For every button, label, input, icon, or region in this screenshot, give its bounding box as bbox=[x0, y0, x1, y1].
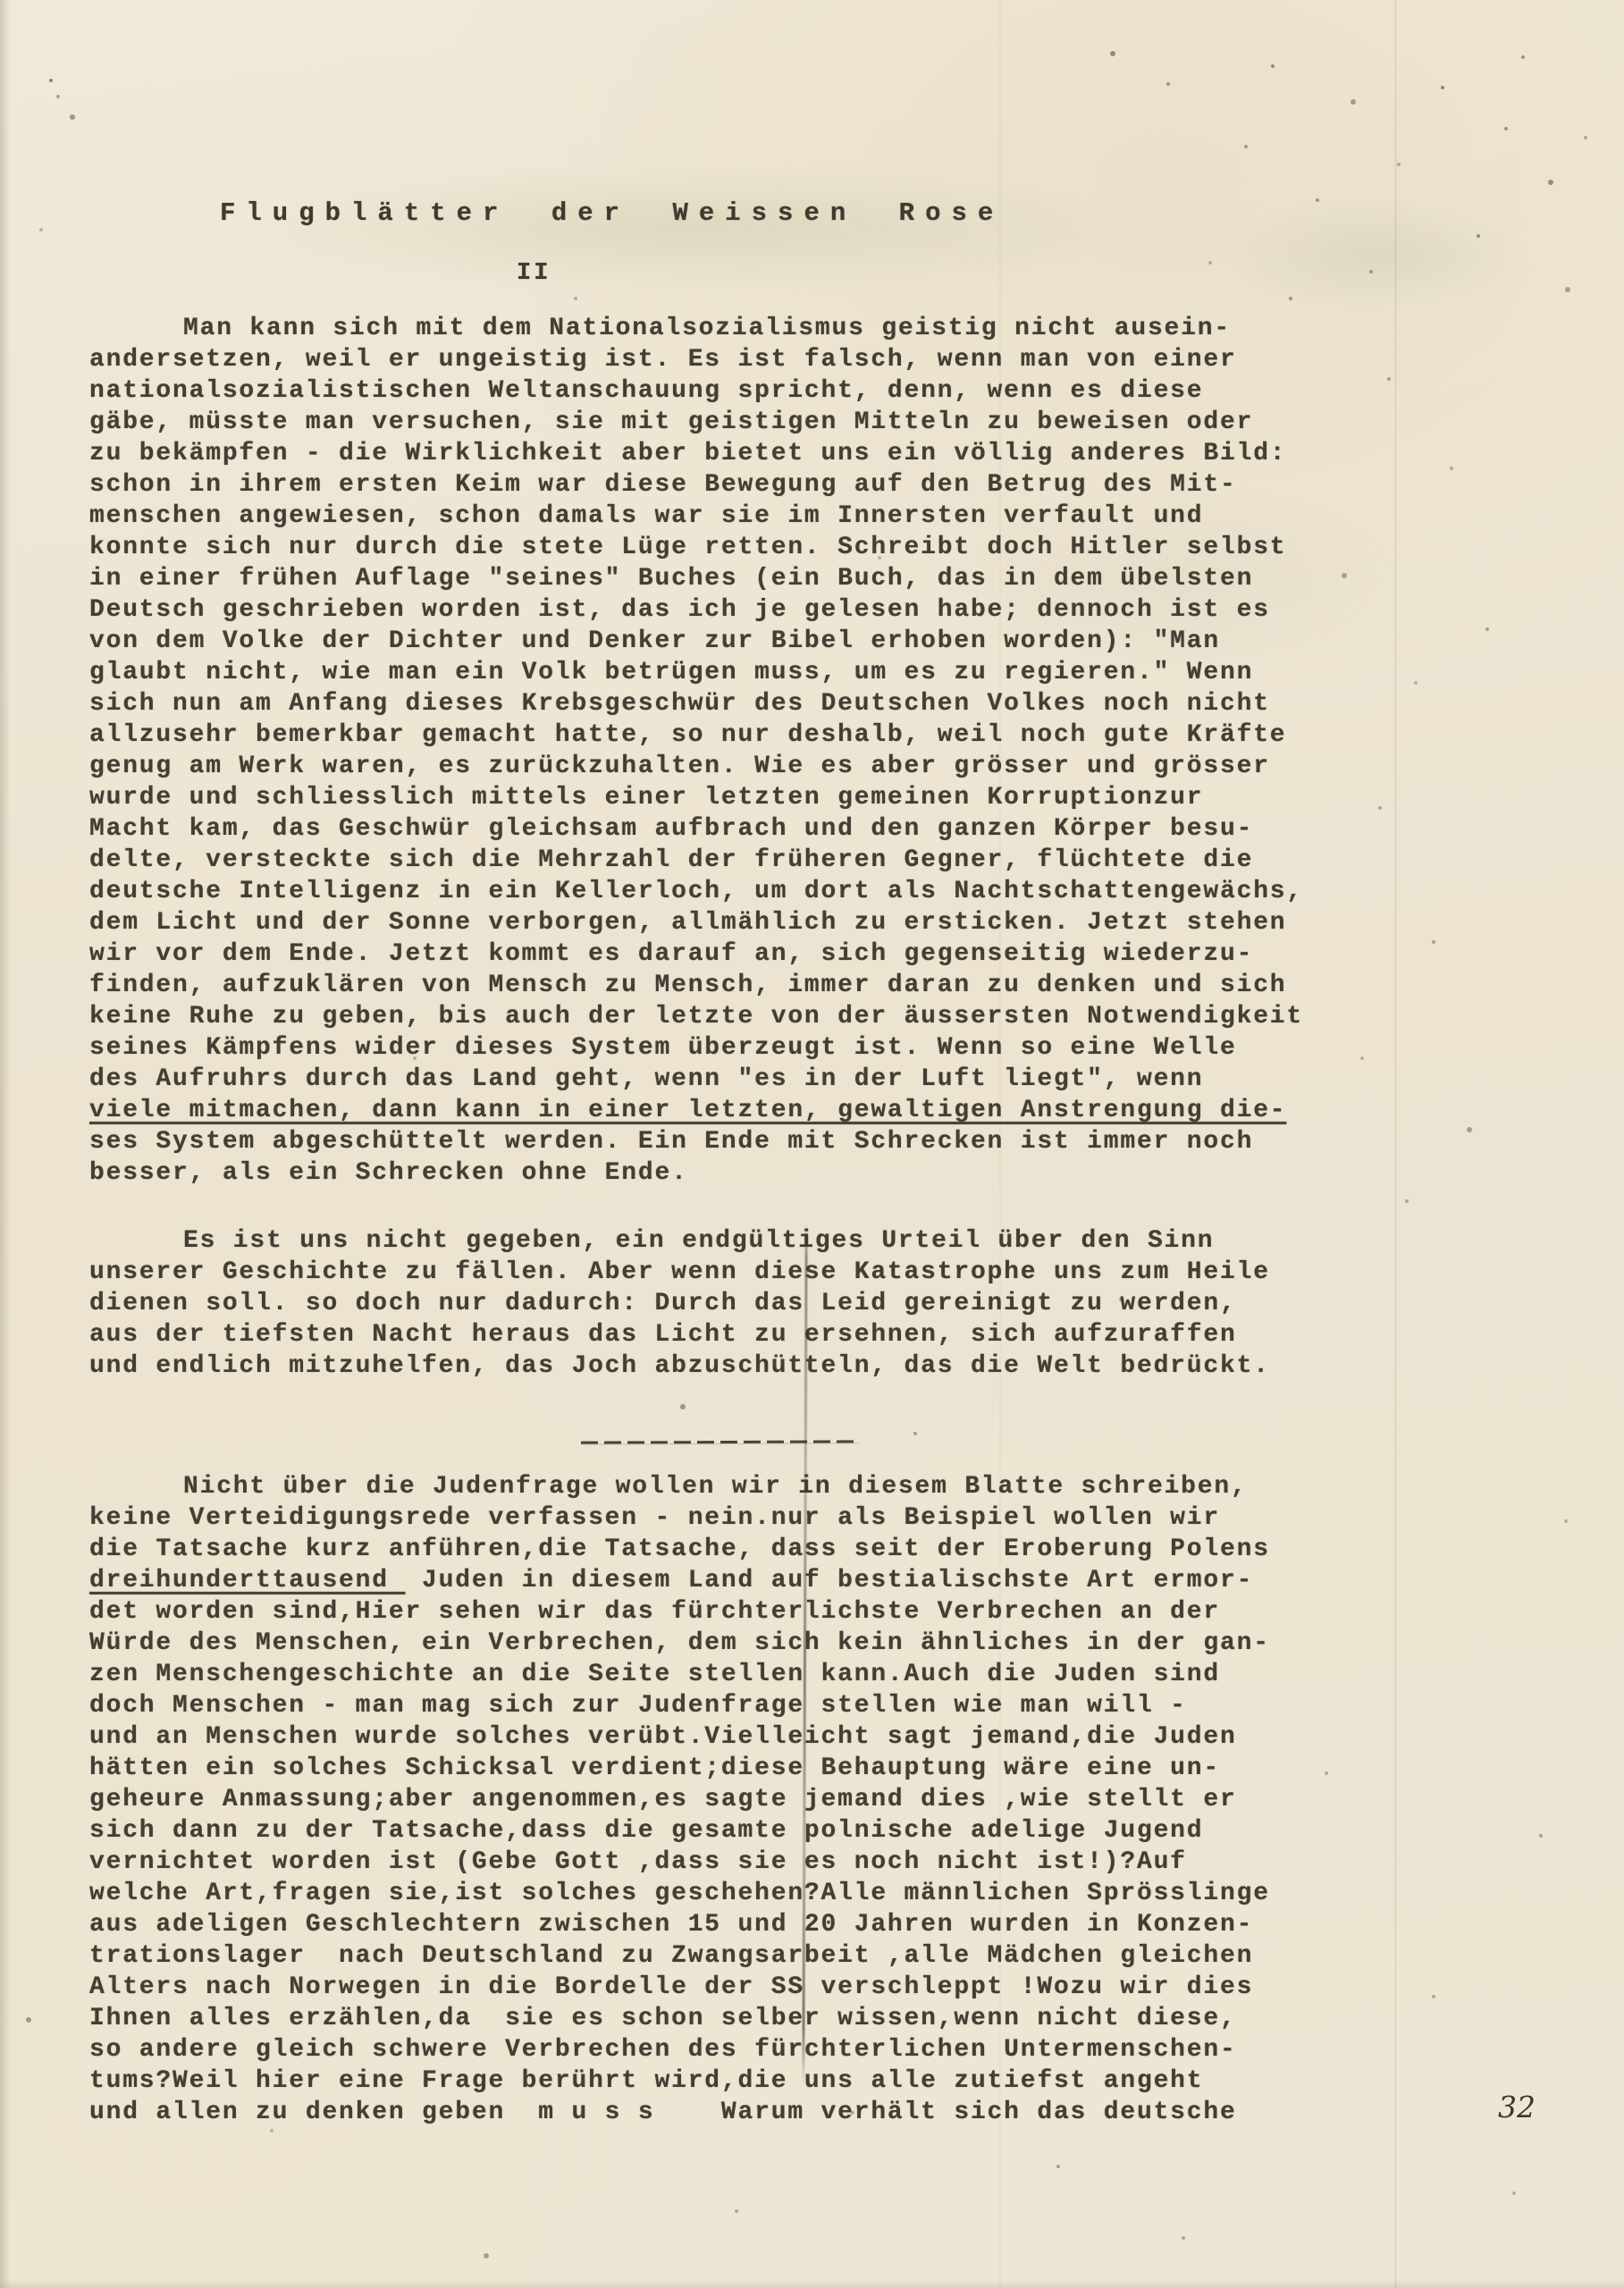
text-segment: Deutsch geschrieben worden ist, das ich … bbox=[89, 596, 1270, 624]
text-line: zen Menschengeschichte an die Seite stel… bbox=[89, 1659, 1484, 1690]
text-segment: det worden sind,Hier sehen wir das fürch… bbox=[89, 1598, 1220, 1626]
text-line: nationalsozialistischen Weltanschauung s… bbox=[89, 375, 1484, 407]
text-segment: wir vor dem Ende. Jetzt kommt es darauf … bbox=[89, 940, 1253, 968]
text-line: Man kann sich mit dem Nationalsozialismu… bbox=[89, 313, 1484, 344]
text-segment: andersetzen, weil er ungeistig ist. Es i… bbox=[89, 346, 1237, 374]
text-line: sich nun am Anfang dieses Krebsgeschwür … bbox=[89, 688, 1484, 719]
section-divider bbox=[581, 1440, 860, 1443]
text-line: von dem Volke der Dichter und Denker zur… bbox=[89, 626, 1484, 657]
text-segment: geheure Anmassung;aber angenommen,es sag… bbox=[89, 1786, 1237, 1813]
text-segment: unserer Geschichte zu fällen. Aber wenn … bbox=[89, 1258, 1270, 1286]
text-segment: trationslager nach Deutschland zu Zwangs… bbox=[89, 1942, 1253, 1970]
text-segment: wurde und schliesslich mittels einer let… bbox=[89, 784, 1203, 812]
text-segment: Es ist uns nicht gegeben, ein endgültige… bbox=[183, 1227, 1214, 1255]
document-title: Flugblätter der Weissen Rose bbox=[220, 198, 1004, 228]
text-segment: und allen zu denken geben m u s s Warum … bbox=[89, 2099, 1237, 2126]
text-line: Deutsch geschrieben worden ist, das ich … bbox=[89, 594, 1484, 626]
text-segment: genug am Werk waren, es zurückzuhalten. … bbox=[89, 753, 1270, 780]
text-segment: sich nun am Anfang dieses Krebsgeschwür … bbox=[89, 690, 1270, 718]
text-segment: glaubt nicht, wie man ein Volk betrügen … bbox=[89, 659, 1253, 686]
paragraph-2: Es ist uns nicht gegeben, ein endgültige… bbox=[89, 1225, 1484, 1382]
document-page: Flugblätter der Weissen Rose II Man kann… bbox=[0, 0, 1624, 2288]
paragraph-3: Nicht über die Judenfrage wollen wir in … bbox=[89, 1471, 1484, 2128]
text-line: geheure Anmassung;aber angenommen,es sag… bbox=[89, 1784, 1484, 1815]
text-segment: und endlich mitzuhelfen, das Joch abzusc… bbox=[89, 1352, 1270, 1380]
paper-edge-shadow bbox=[0, 0, 11, 2288]
text-segment: seines Kämpfens wider dieses System über… bbox=[89, 1034, 1237, 1062]
text-segment: besser, als ein Schrecken ohne Ende. bbox=[89, 1159, 688, 1187]
text-line: die Tatsache kurz anführen,die Tatsache,… bbox=[89, 1534, 1484, 1565]
text-line: und an Menschen wurde solches verübt.Vie… bbox=[89, 1721, 1484, 1753]
text-line: des Aufruhrs durch das Land geht, wenn "… bbox=[89, 1064, 1484, 1095]
text-segment: aus der tiefsten Nacht heraus das Licht … bbox=[89, 1321, 1237, 1349]
text-segment: des Aufruhrs durch das Land geht, wenn "… bbox=[89, 1065, 1203, 1093]
text-line: unserer Geschichte zu fällen. Aber wenn … bbox=[89, 1257, 1484, 1288]
text-line: finden, aufzuklären von Mensch zu Mensch… bbox=[89, 970, 1484, 1001]
text-line: in einer frühen Auflage "seines" Buches … bbox=[89, 563, 1484, 594]
text-line: Ihnen alles erzählen,da sie es schon sel… bbox=[89, 2003, 1484, 2034]
text-line: besser, als ein Schrecken ohne Ende. bbox=[89, 1157, 1484, 1189]
paragraph-1: Man kann sich mit dem Nationalsozialismu… bbox=[89, 313, 1484, 1189]
text-segment: viele mitmachen, dann kann in einer letz… bbox=[89, 1097, 1286, 1124]
text-line: ses System abgeschüttelt werden. Ein End… bbox=[89, 1126, 1484, 1157]
text-segment: vernichtet worden ist (Gebe Gott ,dass s… bbox=[89, 1848, 1187, 1876]
text-line: gäbe, müsste man versuchen, sie mit geis… bbox=[89, 407, 1484, 438]
text-line: det worden sind,Hier sehen wir das fürch… bbox=[89, 1596, 1484, 1628]
text-line: konnte sich nur durch die stete Lüge ret… bbox=[89, 532, 1484, 563]
text-segment: Nicht über die Judenfrage wollen wir in … bbox=[183, 1473, 1248, 1501]
paper-edge-shadow bbox=[0, 2279, 1624, 2288]
text-line: wir vor dem Ende. Jetzt kommt es darauf … bbox=[89, 938, 1484, 970]
text-line: sich dann zu der Tatsache,dass die gesam… bbox=[89, 1815, 1484, 1846]
text-segment: in einer frühen Auflage "seines" Buches … bbox=[89, 565, 1253, 593]
text-line: aus adeligen Geschlechtern zwischen 15 u… bbox=[89, 1909, 1484, 1940]
text-segment: zen Menschengeschichte an die Seite stel… bbox=[89, 1661, 1220, 1688]
scan-noise bbox=[0, 0, 4, 4]
text-line: zu bekämpfen - die Wirklichkeit aber bie… bbox=[89, 438, 1484, 469]
text-segment: zu bekämpfen - die Wirklichkeit aber bie… bbox=[89, 440, 1286, 467]
text-segment: so andere gleich schwere Verbrechen des … bbox=[89, 2036, 1237, 2064]
text-line: Macht kam, das Geschwür gleichsam aufbra… bbox=[89, 813, 1484, 845]
text-segment: aus adeligen Geschlechtern zwischen 15 u… bbox=[89, 1911, 1253, 1939]
text-segment: allzusehr bemerkbar gemacht hatte, so nu… bbox=[89, 721, 1286, 749]
text-line: menschen angewiesen, schon damals war si… bbox=[89, 500, 1484, 532]
text-line: Alters nach Norwegen in die Bordelle der… bbox=[89, 1972, 1484, 2003]
text-segment: keine Ruhe zu geben, bis auch der letzte… bbox=[89, 1003, 1303, 1030]
text-line: keine Verteidigungsrede verfassen - nein… bbox=[89, 1502, 1484, 1534]
text-line: trationslager nach Deutschland zu Zwangs… bbox=[89, 1940, 1484, 1972]
text-line: dem Licht und der Sonne verborgen, allmä… bbox=[89, 907, 1484, 938]
text-line: andersetzen, weil er ungeistig ist. Es i… bbox=[89, 344, 1484, 375]
text-line: seines Kämpfens wider dieses System über… bbox=[89, 1032, 1484, 1064]
text-segment: welche Art,fragen sie,ist solches gesche… bbox=[89, 1880, 1270, 1907]
text-segment: Man kann sich mit dem Nationalsozialismu… bbox=[183, 315, 1231, 342]
text-line: schon in ihrem ersten Keim war diese Bew… bbox=[89, 469, 1484, 500]
text-segment: keine Verteidigungsrede verfassen - nein… bbox=[89, 1504, 1220, 1532]
text-line: wurde und schliesslich mittels einer let… bbox=[89, 782, 1484, 813]
text-segment: dreihunderttausend bbox=[89, 1567, 405, 1594]
text-line: vernichtet worden ist (Gebe Gott ,dass s… bbox=[89, 1846, 1484, 1878]
text-segment: hätten ein solches Schicksal verdient;di… bbox=[89, 1754, 1220, 1782]
text-line: viele mitmachen, dann kann in einer letz… bbox=[89, 1095, 1484, 1126]
text-line: Würde des Menschen, ein Verbrechen, dem … bbox=[89, 1628, 1484, 1659]
text-line: und allen zu denken geben m u s s Warum … bbox=[89, 2097, 1484, 2128]
text-line: und endlich mitzuhelfen, das Joch abzusc… bbox=[89, 1350, 1484, 1382]
text-line: allzusehr bemerkbar gemacht hatte, so nu… bbox=[89, 719, 1484, 751]
text-line: doch Menschen - man mag sich zur Judenfr… bbox=[89, 1690, 1484, 1721]
text-segment: konnte sich nur durch die stete Lüge ret… bbox=[89, 534, 1286, 561]
text-line: Nicht über die Judenfrage wollen wir in … bbox=[89, 1471, 1484, 1502]
text-segment: Ihnen alles erzählen,da sie es schon sel… bbox=[89, 2005, 1237, 2032]
text-line: dreihunderttausend Juden in diesem Land … bbox=[89, 1565, 1484, 1596]
text-line: keine Ruhe zu geben, bis auch der letzte… bbox=[89, 1001, 1484, 1032]
text-segment: finden, aufzuklären von Mensch zu Mensch… bbox=[89, 972, 1286, 999]
text-segment: dienen soll. so doch nur dadurch: Durch … bbox=[89, 1290, 1237, 1317]
text-segment: menschen angewiesen, schon damals war si… bbox=[89, 502, 1203, 530]
text-segment: nationalsozialistischen Weltanschauung s… bbox=[89, 377, 1203, 405]
text-line: so andere gleich schwere Verbrechen des … bbox=[89, 2034, 1484, 2065]
text-segment: schon in ihrem ersten Keim war diese Bew… bbox=[89, 471, 1237, 499]
text-segment: und an Menschen wurde solches verübt.Vie… bbox=[89, 1723, 1237, 1751]
leaflet-number: II bbox=[517, 260, 551, 287]
text-segment: deutsche Intelligenz in ein Kellerloch, … bbox=[89, 878, 1303, 905]
text-line: welche Art,fragen sie,ist solches gesche… bbox=[89, 1878, 1484, 1909]
text-segment: Juden in diesem Land auf bestialischste … bbox=[405, 1567, 1253, 1594]
text-segment: doch Menschen - man mag sich zur Judenfr… bbox=[89, 1692, 1187, 1720]
text-line: dienen soll. so doch nur dadurch: Durch … bbox=[89, 1288, 1484, 1319]
text-segment: gäbe, müsste man versuchen, sie mit geis… bbox=[89, 408, 1253, 436]
text-segment: von dem Volke der Dichter und Denker zur… bbox=[89, 627, 1220, 655]
text-segment: delte, versteckte sich die Mehrzahl der … bbox=[89, 846, 1253, 874]
text-segment: ses System abgeschüttelt werden. Ein End… bbox=[89, 1128, 1253, 1156]
page-number: 32 bbox=[1498, 2090, 1536, 2124]
text-segment: dem Licht und der Sonne verborgen, allmä… bbox=[89, 909, 1286, 937]
text-line: tums?Weil hier eine Frage berührt wird,d… bbox=[89, 2065, 1484, 2097]
text-segment: die Tatsache kurz anführen,die Tatsache,… bbox=[89, 1535, 1270, 1563]
ink-bleed-smudge bbox=[241, 165, 1135, 290]
text-segment: Würde des Menschen, ein Verbrechen, dem … bbox=[89, 1629, 1270, 1657]
text-line: genug am Werk waren, es zurückzuhalten. … bbox=[89, 751, 1484, 782]
text-line: Es ist uns nicht gegeben, ein endgültige… bbox=[89, 1225, 1484, 1257]
ink-bleed-smudge bbox=[1224, 197, 1528, 313]
text-segment: sich dann zu der Tatsache,dass die gesam… bbox=[89, 1817, 1203, 1845]
text-line: delte, versteckte sich die Mehrzahl der … bbox=[89, 845, 1484, 876]
text-segment: Alters nach Norwegen in die Bordelle der… bbox=[89, 1973, 1253, 2001]
text-line: deutsche Intelligenz in ein Kellerloch, … bbox=[89, 876, 1484, 907]
text-line: hätten ein solches Schicksal verdient;di… bbox=[89, 1753, 1484, 1784]
text-segment: Macht kam, das Geschwür gleichsam aufbra… bbox=[89, 815, 1253, 843]
text-segment: tums?Weil hier eine Frage berührt wird,d… bbox=[89, 2067, 1203, 2095]
text-line: aus der tiefsten Nacht heraus das Licht … bbox=[89, 1319, 1484, 1350]
text-line: glaubt nicht, wie man ein Volk betrügen … bbox=[89, 657, 1484, 688]
